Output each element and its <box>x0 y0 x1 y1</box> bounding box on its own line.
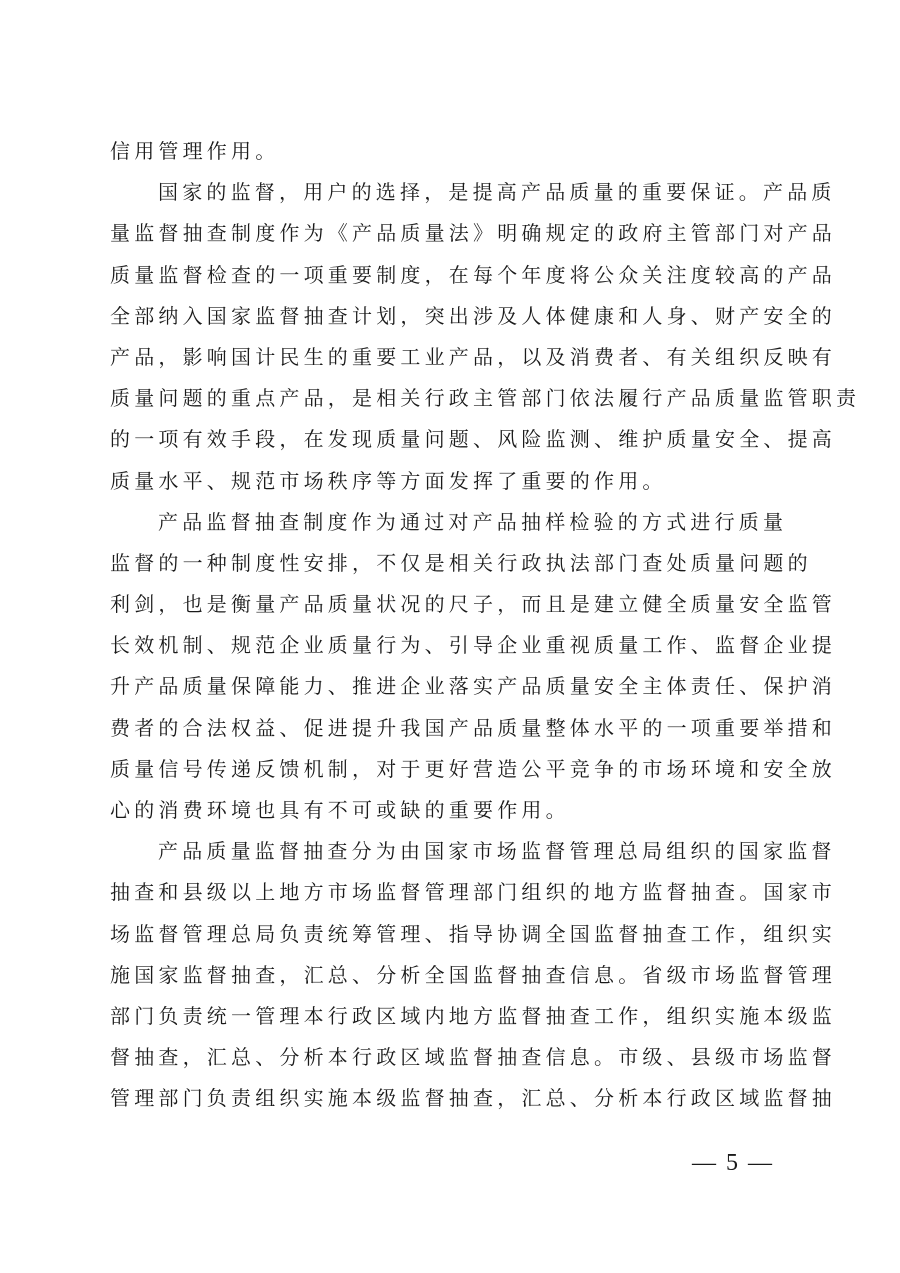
text-line: 监督的一种制度性安排，不仅是相关行政执法部门查处质量问题的 <box>110 543 790 584</box>
text-line: 质量问题的重点产品，是相关行政主管部门依法履行产品质量监管职责 <box>110 378 790 419</box>
paragraph-sampling-system: 产品监督抽查制度作为通过对产品抽样检验的方式进行质量 监督的一种制度性安排，不仅… <box>110 502 790 832</box>
document-page: 信用管理作用。 国家的监督，用户的选择，是提高产品质量的重要保证。产品质 量监督… <box>0 0 900 1273</box>
text-line: 全部纳入国家监督抽查计划，突出涉及人体健康和人身、财产安全的 <box>110 296 790 337</box>
text-line: 管理部门负责组织实施本级监督抽查，汇总、分析本行政区域监督抽 <box>110 1078 790 1119</box>
text-line: 施国家监督抽查，汇总、分析全国监督抽查信息。省级市场监督管理 <box>110 955 790 996</box>
text-line: 利剑，也是衡量产品质量状况的尺子，而且是建立健全质量安全监管 <box>110 584 790 625</box>
paragraph-inspection-levels: 产品质量监督抽查分为由国家市场监督管理总局组织的国家监督 抽查和县级以上地方市场… <box>110 831 790 1119</box>
page-number: — 5 — <box>688 1150 778 1177</box>
text-line: 升产品质量保障能力、推进企业落实产品质量安全主体责任、保护消 <box>110 666 790 707</box>
text-line: 质量信号传递反馈机制，对于更好营造公平竞争的市场环境和安全放 <box>110 749 790 790</box>
text-line: 的一项有效手段，在发现质量问题、风险监测、维护质量安全、提高 <box>110 419 790 460</box>
text-line: 心的消费环境也具有不可或缺的重要作用。 <box>110 790 790 831</box>
text-line: 信用管理作用。 <box>110 131 790 172</box>
paragraph-national-supervision: 国家的监督，用户的选择，是提高产品质量的重要保证。产品质 量监督抽查制度作为《产… <box>110 172 790 502</box>
text-line: 质量监督检查的一项重要制度，在每个年度将公众关注度较高的产品 <box>110 255 790 296</box>
text-line: 产品，影响国计民生的重要工业产品，以及消费者、有关组织反映有 <box>110 337 790 378</box>
text-line: 督抽查，汇总、分析本行政区域监督抽查信息。市级、县级市场监督 <box>110 1037 790 1078</box>
text-line: 抽查和县级以上地方市场监督管理部门组织的地方监督抽查。国家市 <box>110 872 790 913</box>
text-line: 产品监督抽查制度作为通过对产品抽样检验的方式进行质量 <box>110 502 790 543</box>
text-line: 部门负责统一管理本行政区域内地方监督抽查工作，组织实施本级监 <box>110 996 790 1037</box>
text-line: 场监督管理总局负责统筹管理、指导协调全国监督抽查工作，组织实 <box>110 914 790 955</box>
text-line: 长效机制、规范企业质量行为、引导企业重视质量工作、监督企业提 <box>110 625 790 666</box>
paragraph-continuation: 信用管理作用。 <box>110 131 790 172</box>
text-line: 费者的合法权益、促进提升我国产品质量整体水平的一项重要举措和 <box>110 708 790 749</box>
text-line: 国家的监督，用户的选择，是提高产品质量的重要保证。产品质 <box>110 172 790 213</box>
text-line: 质量水平、规范市场秩序等方面发挥了重要的作用。 <box>110 461 790 502</box>
body-text: 信用管理作用。 国家的监督，用户的选择，是提高产品质量的重要保证。产品质 量监督… <box>110 131 790 1120</box>
text-line: 产品质量监督抽查分为由国家市场监督管理总局组织的国家监督 <box>110 831 790 872</box>
text-line: 量监督抽查制度作为《产品质量法》明确规定的政府主管部门对产品 <box>110 213 790 254</box>
